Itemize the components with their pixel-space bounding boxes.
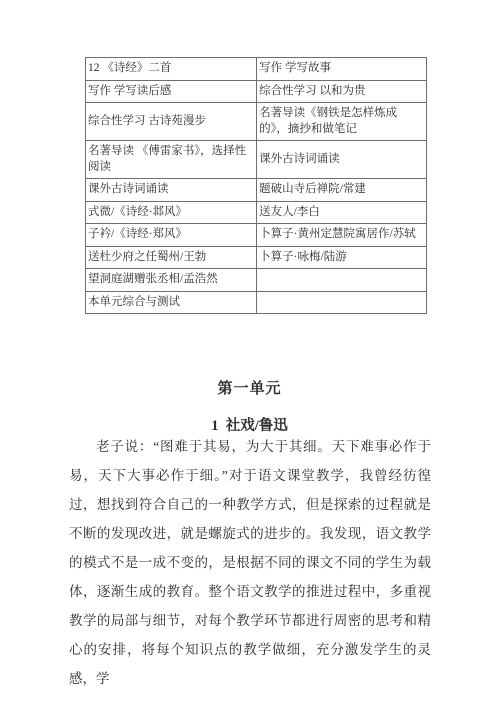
table-row: 望洞庭湖赠张丞相/孟浩然 — [86, 269, 427, 292]
table-cell-left: 综合性学习 古诗苑漫步 — [86, 103, 257, 141]
table-row: 送杜少府之任蜀州/王勃卜算子·咏梅/陆游 — [86, 246, 427, 269]
table-cell-left: 名著导读 《傅雷家书》，选择性阅读 — [86, 141, 257, 179]
table-cell-right: 写作 学写故事 — [257, 58, 427, 81]
table-cell-right: 卜算子·黄州定慧院寓居作/苏轼 — [257, 224, 427, 247]
table-row: 写作 学写读后感综合性学习 以和为贵 — [86, 80, 427, 103]
table-cell-right — [257, 291, 427, 314]
unit-title: 第一单元 — [0, 377, 499, 398]
table-row: 式微/《诗经·邶风》送友人/李白 — [86, 201, 427, 224]
table-cell-left: 课外古诗词诵读 — [86, 179, 257, 202]
body-paragraph: 老子说：“图难于其易，为大于其细。天下难事必作于易，天下大事必作于细。”对于语文… — [69, 432, 431, 693]
table-cell-left: 式微/《诗经·邶风》 — [86, 201, 257, 224]
table-cell-right: 综合性学习 以和为贵 — [257, 80, 427, 103]
table-row: 综合性学习 古诗苑漫步名著导读《钢铁是怎样炼成的》，摘抄和做笔记 — [86, 103, 427, 141]
table-cell-left: 子衿/《诗经·郑风》 — [86, 224, 257, 247]
table-cell-right: 课外古诗词诵读 — [257, 141, 427, 179]
table-row: 12 《诗经》二首写作 学写故事 — [86, 58, 427, 81]
table-cell-left: 望洞庭湖赠张丞相/孟浩然 — [86, 269, 257, 292]
document-page: 12 《诗经》二首写作 学写故事写作 学写读后感综合性学习 以和为贵综合性学习 … — [0, 0, 499, 706]
table-body: 12 《诗经》二首写作 学写故事写作 学写读后感综合性学习 以和为贵综合性学习 … — [86, 58, 427, 314]
table-cell-left: 本单元综合与测试 — [86, 291, 257, 314]
table-cell-left: 12 《诗经》二首 — [86, 58, 257, 81]
table-cell-left: 写作 学写读后感 — [86, 80, 257, 103]
table-cell-right: 题破山寺后禅院/常建 — [257, 179, 427, 202]
table-row: 子衿/《诗经·郑风》卜算子·黄州定慧院寓居作/苏轼 — [86, 224, 427, 247]
table-cell-left: 送杜少府之任蜀州/王勃 — [86, 246, 257, 269]
table-row: 本单元综合与测试 — [86, 291, 427, 314]
table-row: 名著导读 《傅雷家书》，选择性阅读课外古诗词诵读 — [86, 141, 427, 179]
table-cell-right — [257, 269, 427, 292]
table-row: 课外古诗词诵读题破山寺后禅院/常建 — [86, 179, 427, 202]
table-cell-right: 名著导读《钢铁是怎样炼成的》，摘抄和做笔记 — [257, 103, 427, 141]
table-cell-right: 送友人/李白 — [257, 201, 427, 224]
unit-contents-table: 12 《诗经》二首写作 学写故事写作 学写读后感综合性学习 以和为贵综合性学习 … — [85, 57, 427, 314]
table-cell-right: 卜算子·咏梅/陆游 — [257, 246, 427, 269]
